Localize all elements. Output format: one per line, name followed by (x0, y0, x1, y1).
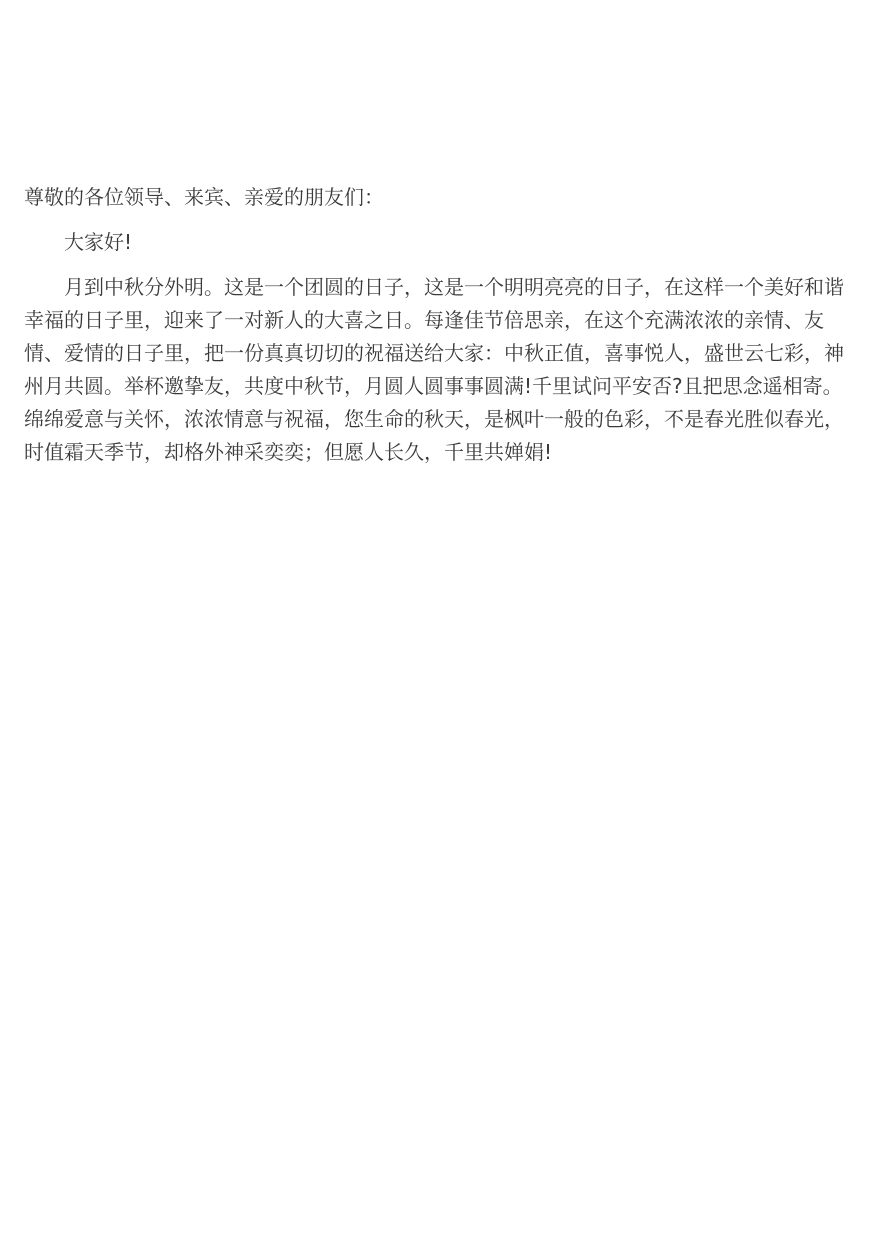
document-page: 尊敬的各位领导、来宾、亲爱的朋友们： 大家好! 月到中秋分外明。这是一个团圆的日… (0, 0, 884, 1250)
salutation-line: 尊敬的各位领导、来宾、亲爱的朋友们： (24, 181, 860, 214)
body-paragraph: 月到中秋分外明。这是一个团圆的日子，这是一个明明亮亮的日子，在这样一个美好和谐幸… (24, 271, 860, 469)
greeting-line: 大家好! (24, 226, 860, 259)
